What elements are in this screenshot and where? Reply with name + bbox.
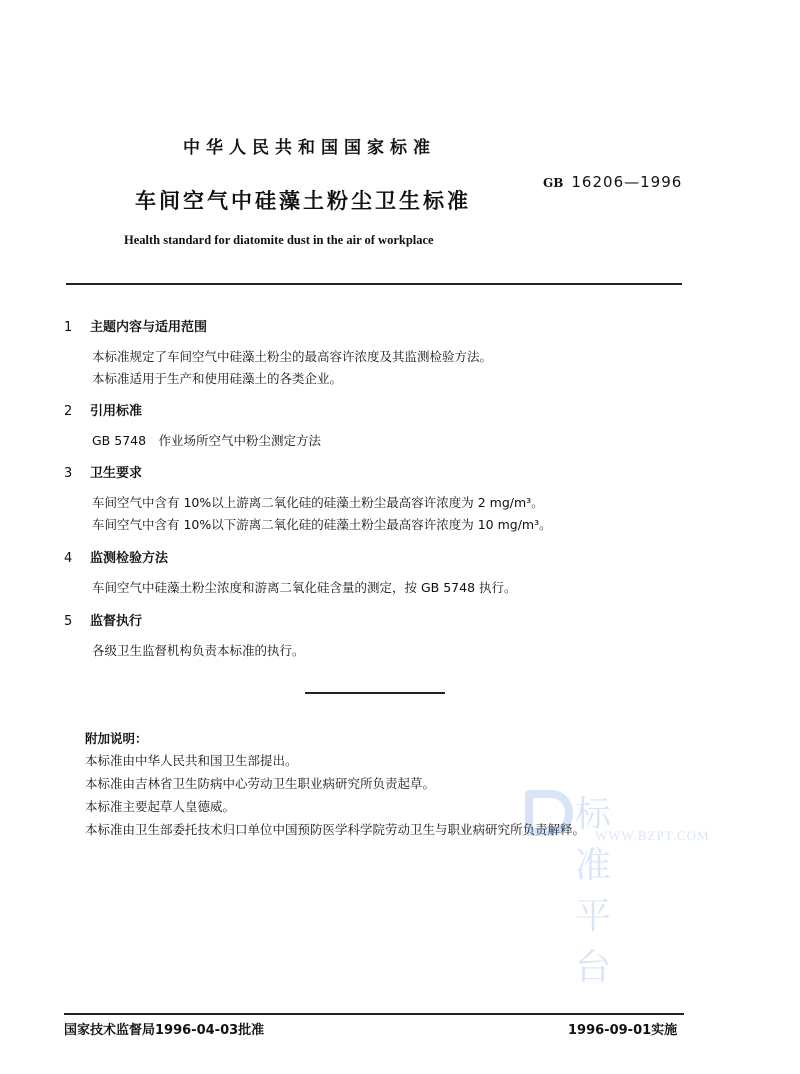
approval-info: 国家技术监督局1996-04-03批准	[64, 1019, 264, 1038]
section-title: 引用标准	[90, 404, 142, 419]
section-heading-5: 5监督执行	[64, 610, 142, 629]
issuing-organization: 中华人民共和国国家标准	[183, 133, 436, 158]
paragraph: 车间空气中含有 10%以下游离二氧化硅的硅藻土粉尘最高容许浓度为 10 mg/m…	[92, 515, 552, 533]
footer-divider	[64, 1013, 684, 1015]
standard-code: GB16206—1996	[543, 173, 682, 191]
paragraph: 车间空气中含有 10%以上游离二氧化硅的硅藻土粉尘最高容许浓度为 2 mg/m³…	[92, 493, 544, 511]
title-chinese: 车间空气中硅藻土粉尘卫生标准	[135, 185, 471, 215]
header-divider	[66, 283, 682, 285]
watermark-text: 标准平台	[575, 786, 613, 990]
note-line: 本标准主要起草人皇德威。	[85, 797, 235, 815]
standard-prefix: GB	[543, 176, 563, 190]
section-title: 卫生要求	[90, 466, 142, 481]
section-title: 监督执行	[90, 614, 142, 629]
section-number: 4	[64, 551, 90, 566]
paragraph: 各级卫生监督机构负责本标准的执行。	[92, 641, 305, 659]
watermark-logo-icon	[525, 790, 573, 836]
note-line: 本标准由吉林省卫生防病中心劳动卫生职业病研究所负责起草。	[85, 774, 435, 792]
section-title: 主题内容与适用范围	[90, 320, 207, 335]
section-number: 5	[64, 614, 90, 629]
watermark-url: WWW.BZPT.COM	[595, 828, 710, 844]
paragraph: 本标准规定了车间空气中硅藻土粉尘的最高容许浓度及其监测检验方法。	[92, 347, 492, 365]
note-line: 本标准由卫生部委托技术归口单位中国预防医学科学院劳动卫生与职业病研究所负责解释。	[85, 820, 585, 838]
title-english: Health standard for diatomite dust in th…	[124, 233, 434, 248]
standard-number: 16206—1996	[571, 173, 682, 191]
paragraph: 车间空气中硅藻土粉尘浓度和游离二氧化硅含量的测定，按 GB 5748 执行。	[92, 578, 517, 596]
section-heading-3: 3卫生要求	[64, 462, 142, 481]
note-line: 本标准由中华人民共和国卫生部提出。	[85, 751, 298, 769]
section-heading-1: 1主题内容与适用范围	[64, 316, 207, 335]
implementation-date: 1996-09-01实施	[568, 1019, 677, 1038]
reference-item: GB 5748 作业场所空气中粉尘测定方法	[92, 431, 321, 449]
section-number: 2	[64, 404, 90, 419]
section-heading-2: 2引用标准	[64, 400, 142, 419]
section-number: 3	[64, 466, 90, 481]
section-heading-4: 4监测检验方法	[64, 547, 168, 566]
end-divider	[305, 692, 445, 694]
paragraph: 本标准适用于生产和使用硅藻土的各类企业。	[92, 369, 342, 387]
section-title: 监测检验方法	[90, 551, 168, 566]
section-number: 1	[64, 320, 90, 335]
notes-heading: 附加说明：	[85, 729, 148, 747]
